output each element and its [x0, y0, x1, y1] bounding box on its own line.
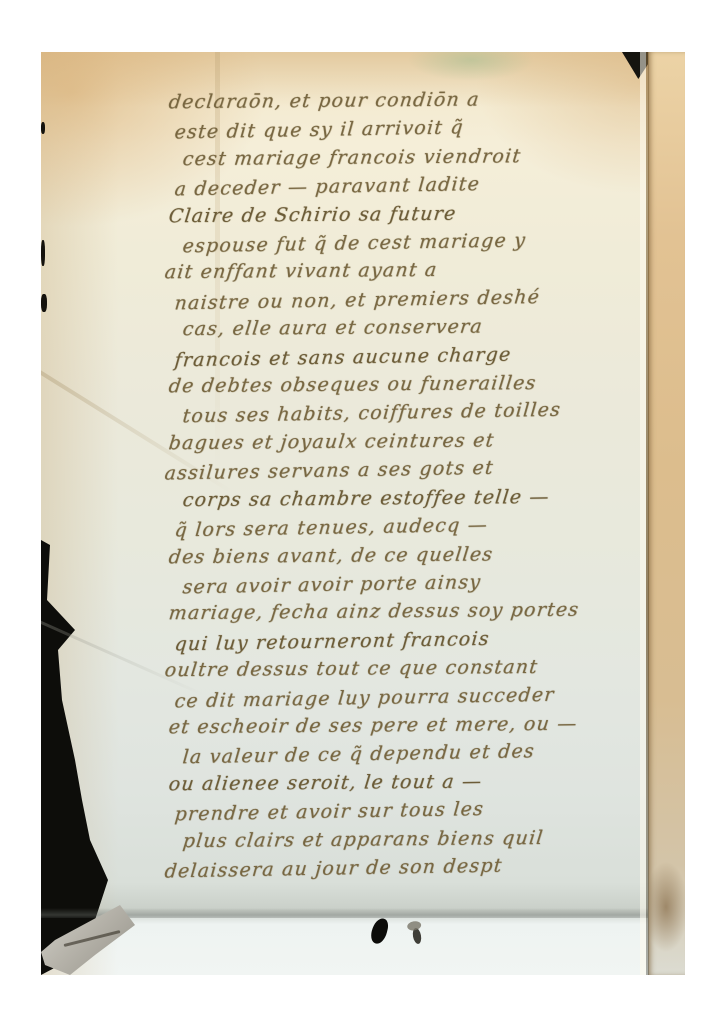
folded-paper-edge-right — [648, 52, 685, 975]
paper-hole — [369, 917, 390, 946]
manuscript-photo: declaraōn, et pour condiōn aeste dit que… — [41, 52, 685, 975]
page: { "photo": { "description": "Photograph … — [0, 0, 724, 1024]
paper-tear — [412, 927, 423, 944]
edge-speck — [41, 122, 45, 134]
horizontal-fold-shadow — [41, 908, 685, 918]
fold-crease-line — [646, 52, 649, 975]
manuscript-text: declaraōn, et pour condiōn aeste dit que… — [169, 86, 674, 881]
edge-speck — [41, 294, 47, 312]
edge-speck — [41, 240, 45, 266]
